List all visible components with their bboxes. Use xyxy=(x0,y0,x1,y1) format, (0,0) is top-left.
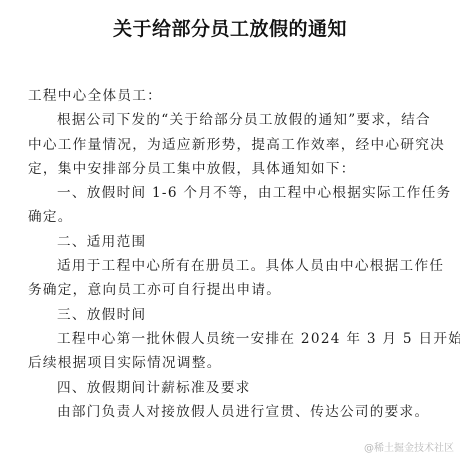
intro-line-3: 定，集中安排部分员工集中放假，具体通知如下： xyxy=(28,157,430,181)
document-body: 工程中心全体员工： 根据公司下发的“关于给部分员工放假的通知”要求，结合 中心工… xyxy=(28,84,430,424)
salutation: 工程中心全体员工： xyxy=(28,84,430,108)
section-4-heading: 四、放假期间计薪标准及要求 xyxy=(28,376,430,400)
section-2-line-1: 适用于工程中心所有在册员工。具体人员由中心根据工作任 xyxy=(28,254,430,278)
watermark: @稀土掘金技术社区 xyxy=(364,439,454,454)
section-2-heading: 二、适用范围 xyxy=(28,230,430,254)
intro-line-1: 根据公司下发的“关于给部分员工放假的通知”要求，结合 xyxy=(28,108,430,132)
section-4-line-1: 由部门负责人对接放假人员进行宣贯、传达公司的要求。 xyxy=(28,400,430,424)
section-2-line-2: 务确定，意向员工亦可自行提出申请。 xyxy=(28,278,430,302)
section-3-heading: 三、放假时间 xyxy=(28,303,430,327)
section-1-line-2: 确定。 xyxy=(28,205,430,229)
section-3-line-2: 后续根据项目实际情况调整。 xyxy=(28,351,430,375)
intro-line-2: 中心工作量情况，为适应新形势，提高工作效率，经中心研究决 xyxy=(28,133,430,157)
section-1-line-1: 一、放假时间 1-6 个月不等，由工程中心根据实际工作任务 xyxy=(28,181,430,205)
document-title: 关于给部分员工放假的通知 xyxy=(0,14,460,41)
section-3-line-1: 工程中心第一批休假人员统一安排在 2024 年 3 月 5 日开始， xyxy=(28,327,430,351)
